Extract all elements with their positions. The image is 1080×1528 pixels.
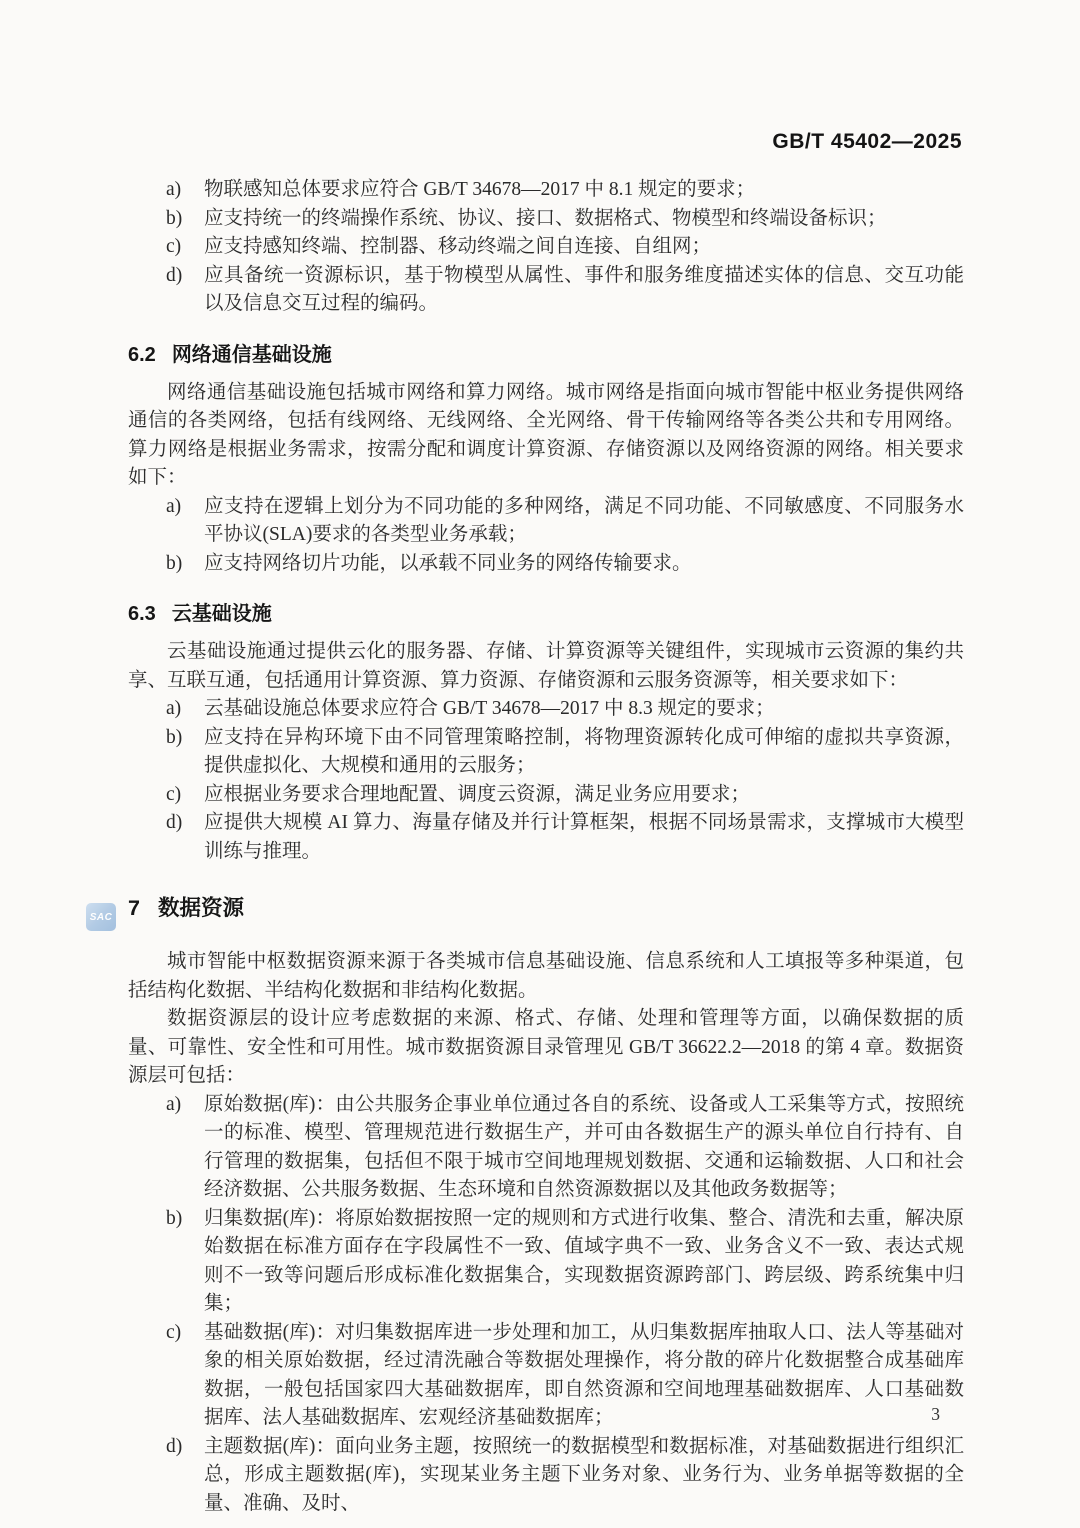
list-item-label: a) (166, 1091, 181, 1120)
chapter-number: 7 (128, 896, 140, 920)
section-number: 6.2 (128, 344, 156, 366)
list-item-label: b) (166, 724, 182, 753)
list-item-text: 归集数据(库)：将原始数据按照一定的规则和方式进行收集、整合、清洗和去重，解决原… (204, 1208, 964, 1315)
clause-list-iot: a) 物联感知总体要求应符合 GB/T 34678—2017 中 8.1 规定的… (128, 176, 964, 319)
list-item-text: 应支持在异构环境下由不同管理策略控制，将物理资源转化成可伸缩的虚拟共享资源，提供… (204, 727, 964, 777)
list-item-label: a) (166, 493, 181, 522)
list-item-text: 应根据业务要求合理地配置、调度云资源，满足业务应用要求； (204, 784, 750, 805)
paragraph: 云基础设施通过提供云化的服务器、存储、计算资源等关键组件，实现城市云资源的集约共… (128, 638, 964, 695)
list-item: c) 基础数据(库)：对归集数据库进一步处理和加工，从归集数据库抽取人口、法人等… (128, 1319, 964, 1433)
list-item-text: 云基础设施总体要求应符合 GB/T 34678—2017 中 8.3 规定的要求… (204, 698, 775, 719)
list-item-label: a) (166, 176, 181, 205)
list-item: d) 应具备统一资源标识，基于物模型从属性、事件和服务维度描述实体的信息、交互功… (128, 262, 964, 319)
list-item-label: b) (166, 205, 182, 234)
list-item-text: 主题数据(库)：面向业务主题，按照统一的数据模型和数据标准，对基础数据进行组织汇… (204, 1436, 964, 1514)
list-item-label: a) (166, 695, 181, 724)
list-item: d) 主题数据(库)：面向业务主题，按照统一的数据模型和数据标准，对基础数据进行… (128, 1433, 964, 1519)
list-item-label: d) (166, 262, 182, 291)
list-item: b) 应支持统一的终端操作系统、协议、接口、数据格式、物模型和终端设备标识； (128, 205, 964, 234)
document-page: GB/T 45402—2025 SAC a) 物联感知总体要求应符合 GB/T … (0, 0, 1080, 1528)
standard-number-header: GB/T 45402—2025 (772, 130, 962, 154)
section-title: 网络通信基础设施 (172, 344, 332, 366)
section-number: 6.3 (128, 603, 156, 625)
clause-list-cloud: a) 云基础设施总体要求应符合 GB/T 34678—2017 中 8.3 规定… (128, 695, 964, 866)
list-item-label: c) (166, 1319, 181, 1348)
section-title: 云基础设施 (172, 603, 272, 625)
list-item-text: 应支持在逻辑上划分为不同功能的多种网络，满足不同功能、不同敏感度、不同服务水平协… (204, 496, 964, 546)
paragraph: 网络通信基础设施包括城市网络和算力网络。城市网络是指面向城市智能中枢业务提供网络… (128, 379, 964, 493)
list-item-text: 物联感知总体要求应符合 GB/T 34678—2017 中 8.1 规定的要求； (204, 179, 755, 200)
sac-watermark-text: SAC (90, 912, 113, 923)
list-item-label: b) (166, 1205, 182, 1234)
list-item: b) 应支持网络切片功能，以承载不同业务的网络传输要求。 (128, 550, 964, 579)
list-item-text: 应支持网络切片功能，以承载不同业务的网络传输要求。 (204, 553, 692, 574)
list-item-label: c) (166, 233, 181, 262)
list-item-text: 应支持统一的终端操作系统、协议、接口、数据格式、物模型和终端设备标识； (204, 208, 887, 229)
list-item-label: d) (166, 1433, 182, 1462)
list-item-text: 应支持感知终端、控制器、移动终端之间自连接、自组网； (204, 236, 711, 257)
list-item-label: c) (166, 781, 181, 810)
list-item-label: d) (166, 809, 182, 838)
paragraph: 数据资源层的设计应考虑数据的来源、格式、存储、处理和管理等方面，以确保数据的质量… (128, 1005, 964, 1091)
list-item-text: 原始数据(库)：由公共服务企事业单位通过各自的系统、设备或人工采集等方式，按照统… (204, 1094, 964, 1201)
list-item-text: 基础数据(库)：对归集数据库进一步处理和加工，从归集数据库抽取人口、法人等基础对… (204, 1322, 964, 1429)
list-item-text: 应提供大规模 AI 算力、海量存储及并行计算框架，根据不同场景需求，支撑城市大模… (204, 812, 964, 862)
clause-list-data: a) 原始数据(库)：由公共服务企事业单位通过各自的系统、设备或人工采集等方式，… (128, 1091, 964, 1519)
list-item: a) 原始数据(库)：由公共服务企事业单位通过各自的系统、设备或人工采集等方式，… (128, 1091, 964, 1205)
list-item-text: 应具备统一资源标识，基于物模型从属性、事件和服务维度描述实体的信息、交互功能以及… (204, 265, 964, 315)
list-item: b) 应支持在异构环境下由不同管理策略控制，将物理资源转化成可伸缩的虚拟共享资源… (128, 724, 964, 781)
page-content: a) 物联感知总体要求应符合 GB/T 34678—2017 中 8.1 规定的… (128, 176, 964, 1518)
list-item: b) 归集数据(库)：将原始数据按照一定的规则和方式进行收集、整合、清洗和去重，… (128, 1205, 964, 1319)
list-item: a) 应支持在逻辑上划分为不同功能的多种网络，满足不同功能、不同敏感度、不同服务… (128, 493, 964, 550)
section-6-3-heading: 6.3云基础设施 (128, 599, 964, 629)
clause-list-network: a) 应支持在逻辑上划分为不同功能的多种网络，满足不同功能、不同敏感度、不同服务… (128, 493, 964, 579)
chapter-7-heading: 7数据资源 (128, 892, 964, 924)
paragraph: 城市智能中枢数据资源来源于各类城市信息基础设施、信息系统和人工填报等多种渠道，包… (128, 948, 964, 1005)
list-item: c) 应根据业务要求合理地配置、调度云资源，满足业务应用要求； (128, 781, 964, 810)
list-item: c) 应支持感知终端、控制器、移动终端之间自连接、自组网； (128, 233, 964, 262)
page-number: 3 (931, 1404, 940, 1425)
list-item: a) 云基础设施总体要求应符合 GB/T 34678—2017 中 8.3 规定… (128, 695, 964, 724)
section-6-2-heading: 6.2网络通信基础设施 (128, 340, 964, 370)
list-item: a) 物联感知总体要求应符合 GB/T 34678—2017 中 8.1 规定的… (128, 176, 964, 205)
sac-watermark-logo: SAC (86, 903, 116, 931)
chapter-title: 数据资源 (158, 896, 244, 920)
list-item-label: b) (166, 550, 182, 579)
list-item: d) 应提供大规模 AI 算力、海量存储及并行计算框架，根据不同场景需求，支撑城… (128, 809, 964, 866)
